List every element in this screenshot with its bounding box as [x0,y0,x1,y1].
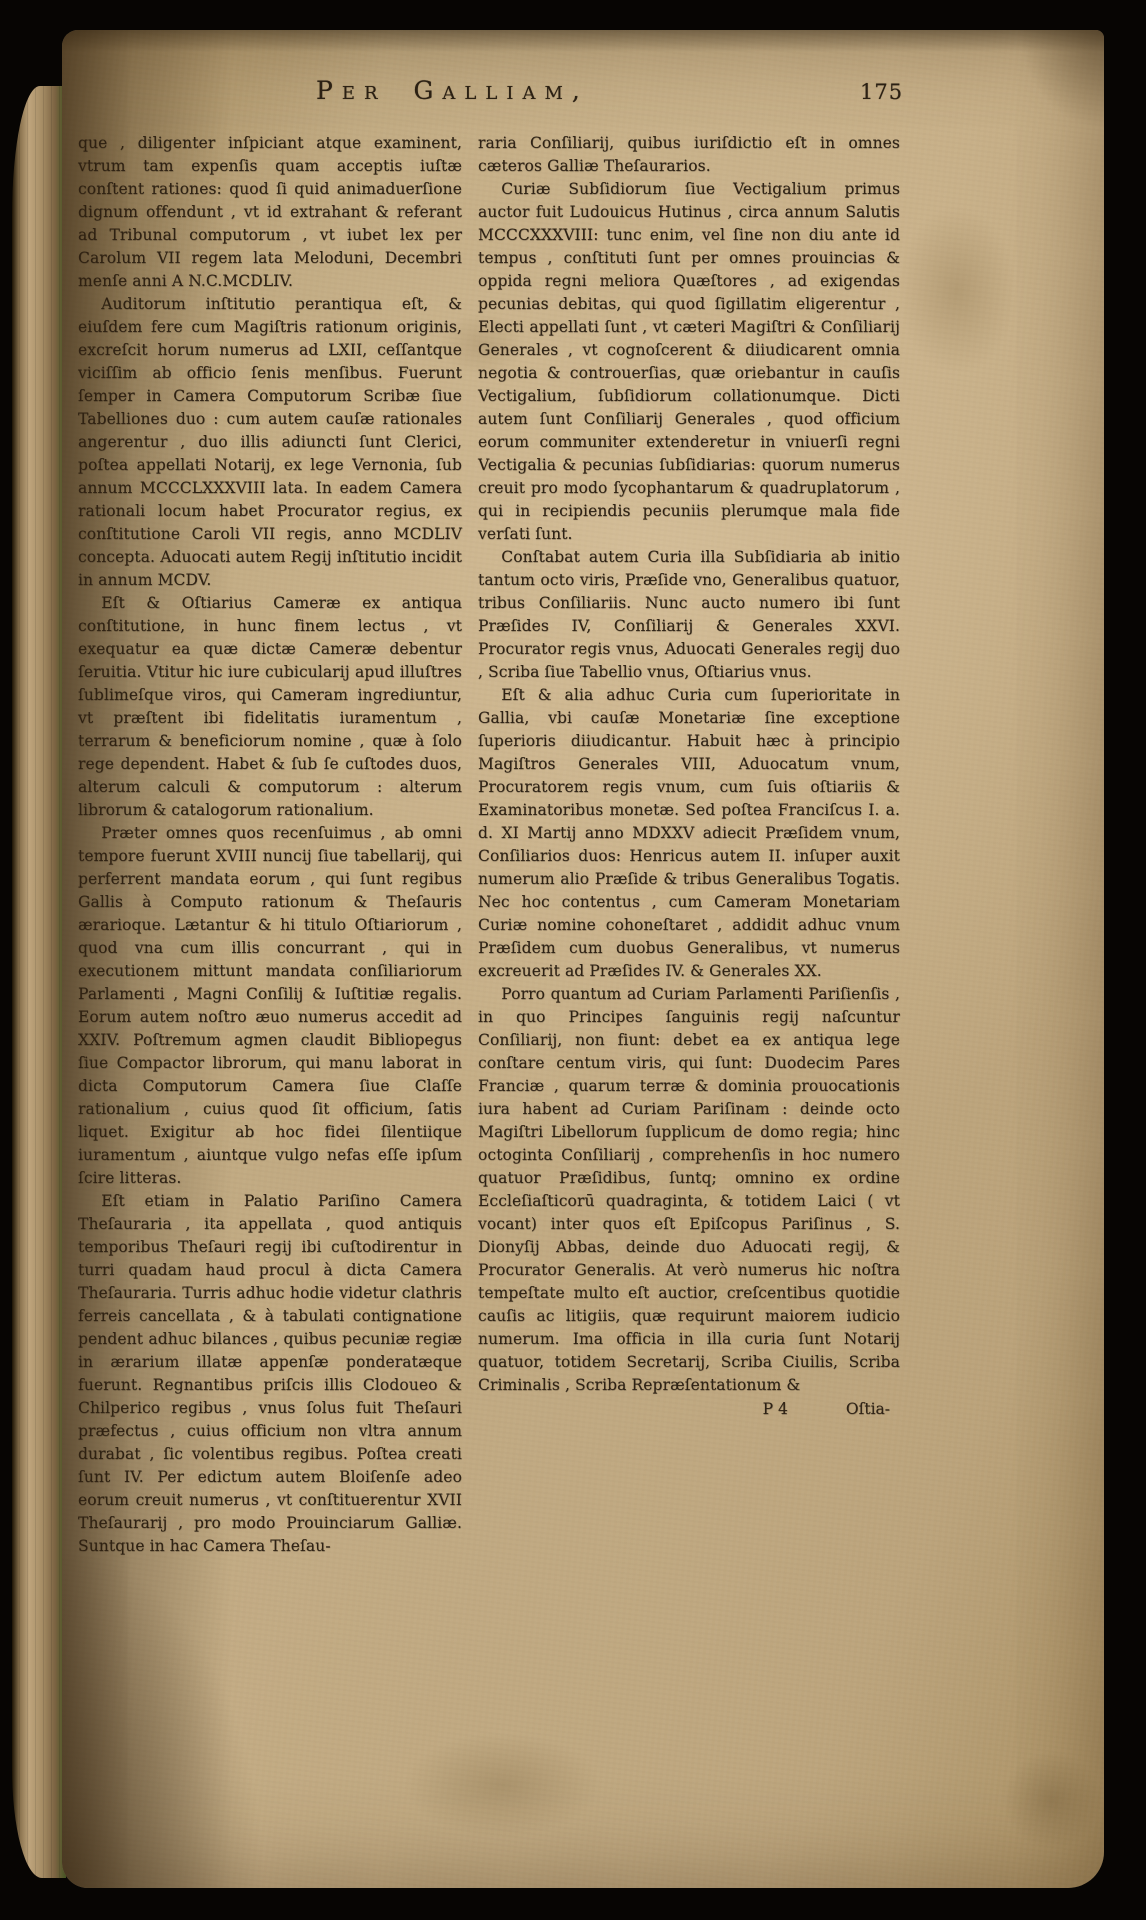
catchword: Oſtia- [846,1400,890,1418]
paragraph: Præter omnes quos recenſuimus , ab omni … [78,822,462,1190]
paragraph: raria Conſiliarij, quibus iuriſdictio eſ… [478,132,900,178]
header-row: Per Galliam, 175 [78,74,900,120]
paragraph: que , diligenter inſpiciant atque examin… [78,132,462,293]
photo-background: { "document": { "running_header": "Per G… [0,0,1146,1920]
signature-row: P 4 Oſtia- [478,1400,900,1418]
text-column-left: que , diligenter inſpiciant atque examin… [78,132,462,1558]
text-columns: que , diligenter inſpiciant atque examin… [78,132,900,1558]
page-top-shadow [62,30,1104,52]
signature-mark: P 4 [763,1400,788,1418]
paragraph: Auditorum inſtitutio perantiqua eſt, & e… [78,293,462,592]
paragraph: Eſt etiam in Palatio Pariſino Camera The… [78,1190,462,1558]
paragraph: Curiæ Subſidiorum ſiue Vectigalium primu… [478,178,900,546]
printed-text-block: Per Galliam, 175 que , diligenter inſpic… [78,74,900,1558]
book-page: Per Galliam, 175 que , diligenter inſpic… [62,30,1104,1888]
paragraph: Eſt & Oſtiarius Cameræ ex antiqua conſti… [78,592,462,822]
paragraph: Porro quantum ad Curiam Parlamenti Pariſ… [478,983,900,1397]
paper-stain [362,1710,642,1860]
page-corner-shadow [984,30,1104,170]
text-column-right: raria Conſiliarij, quibus iuriſdictio eſ… [478,132,900,1558]
paragraph: Eſt & alia adhuc Curia cum ſuperioritate… [478,684,900,983]
page-number: 175 [860,80,903,104]
paper-stain [982,1730,1122,1870]
book-page-edges [12,86,66,1878]
paragraph: Conſtabat autem Curia illa Subſidiaria a… [478,546,900,684]
running-header: Per Galliam, [316,76,589,105]
